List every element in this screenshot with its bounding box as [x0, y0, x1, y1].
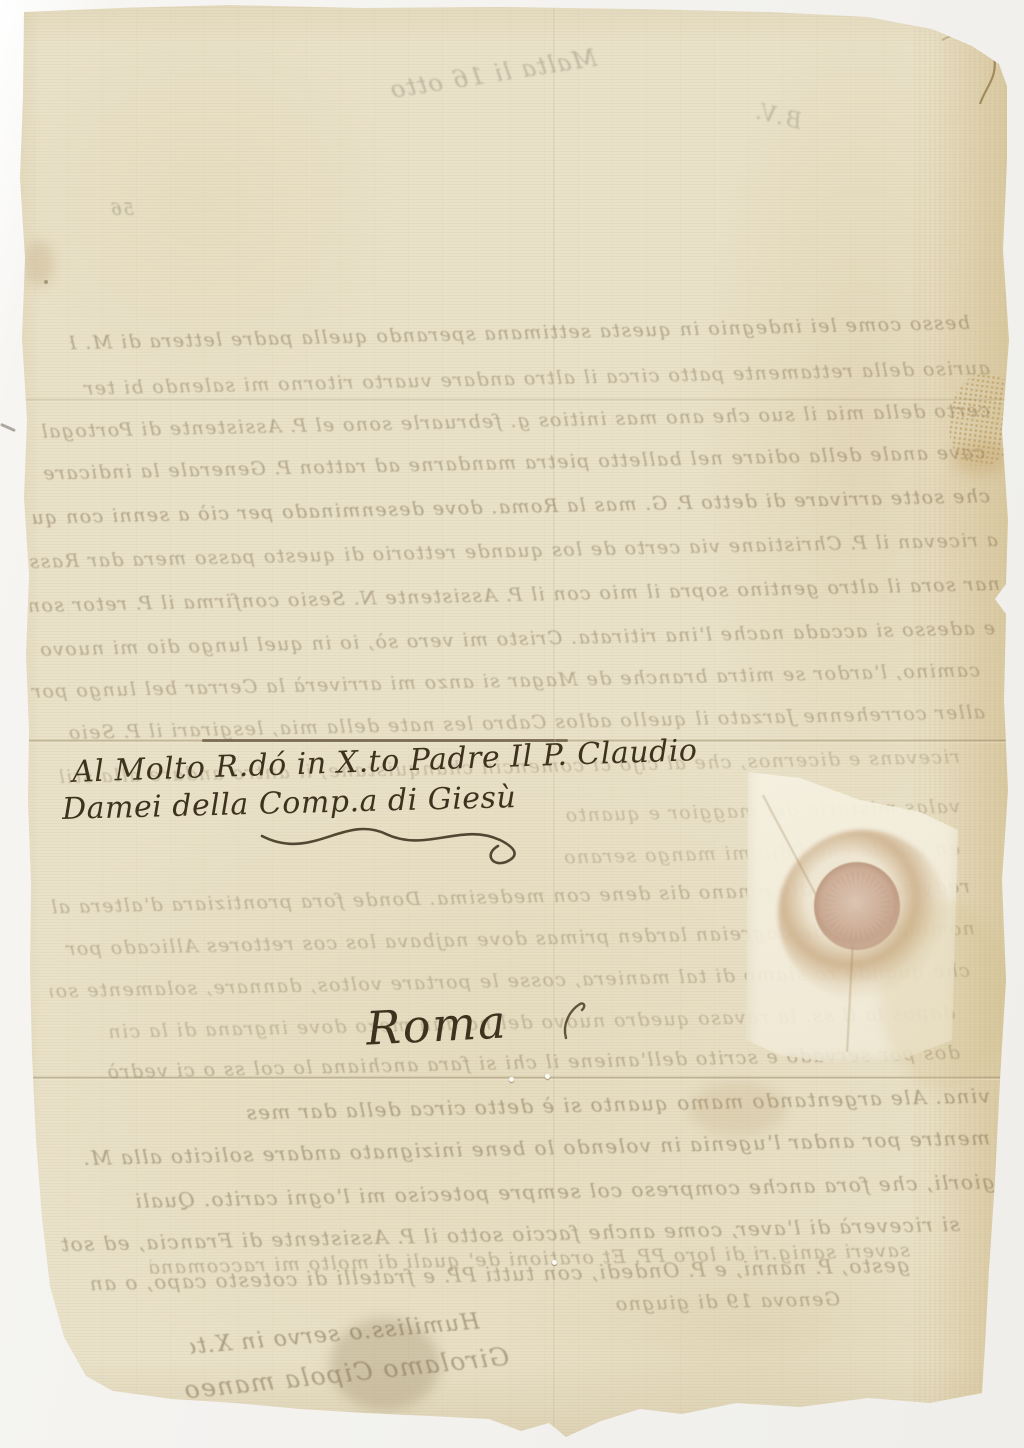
pinhole	[545, 1074, 550, 1079]
lower-stain	[690, 1082, 786, 1136]
mirrored-folio-number: 56	[98, 200, 134, 220]
pen-flick-mark	[556, 998, 592, 1044]
edge-stain	[952, 440, 1008, 476]
pinhole	[509, 1077, 514, 1082]
corner-curl-seam	[924, 20, 1016, 104]
seal-area-discoloration	[880, 900, 1010, 1090]
left-edge-stain	[24, 240, 54, 286]
pinhole	[552, 1260, 557, 1265]
scanner-background: besso come lei indegnio in questa settim…	[0, 0, 1024, 1448]
address-flourish	[248, 792, 548, 870]
wax-seal-impression	[824, 872, 890, 940]
ink-speck	[12, 262, 18, 268]
background-pencil-mark	[0, 423, 16, 432]
ink-speck	[44, 280, 48, 284]
city-label: Roma	[365, 994, 509, 1055]
letter-page: besso come lei indegnio in questa settim…	[0, 0, 1024, 1448]
